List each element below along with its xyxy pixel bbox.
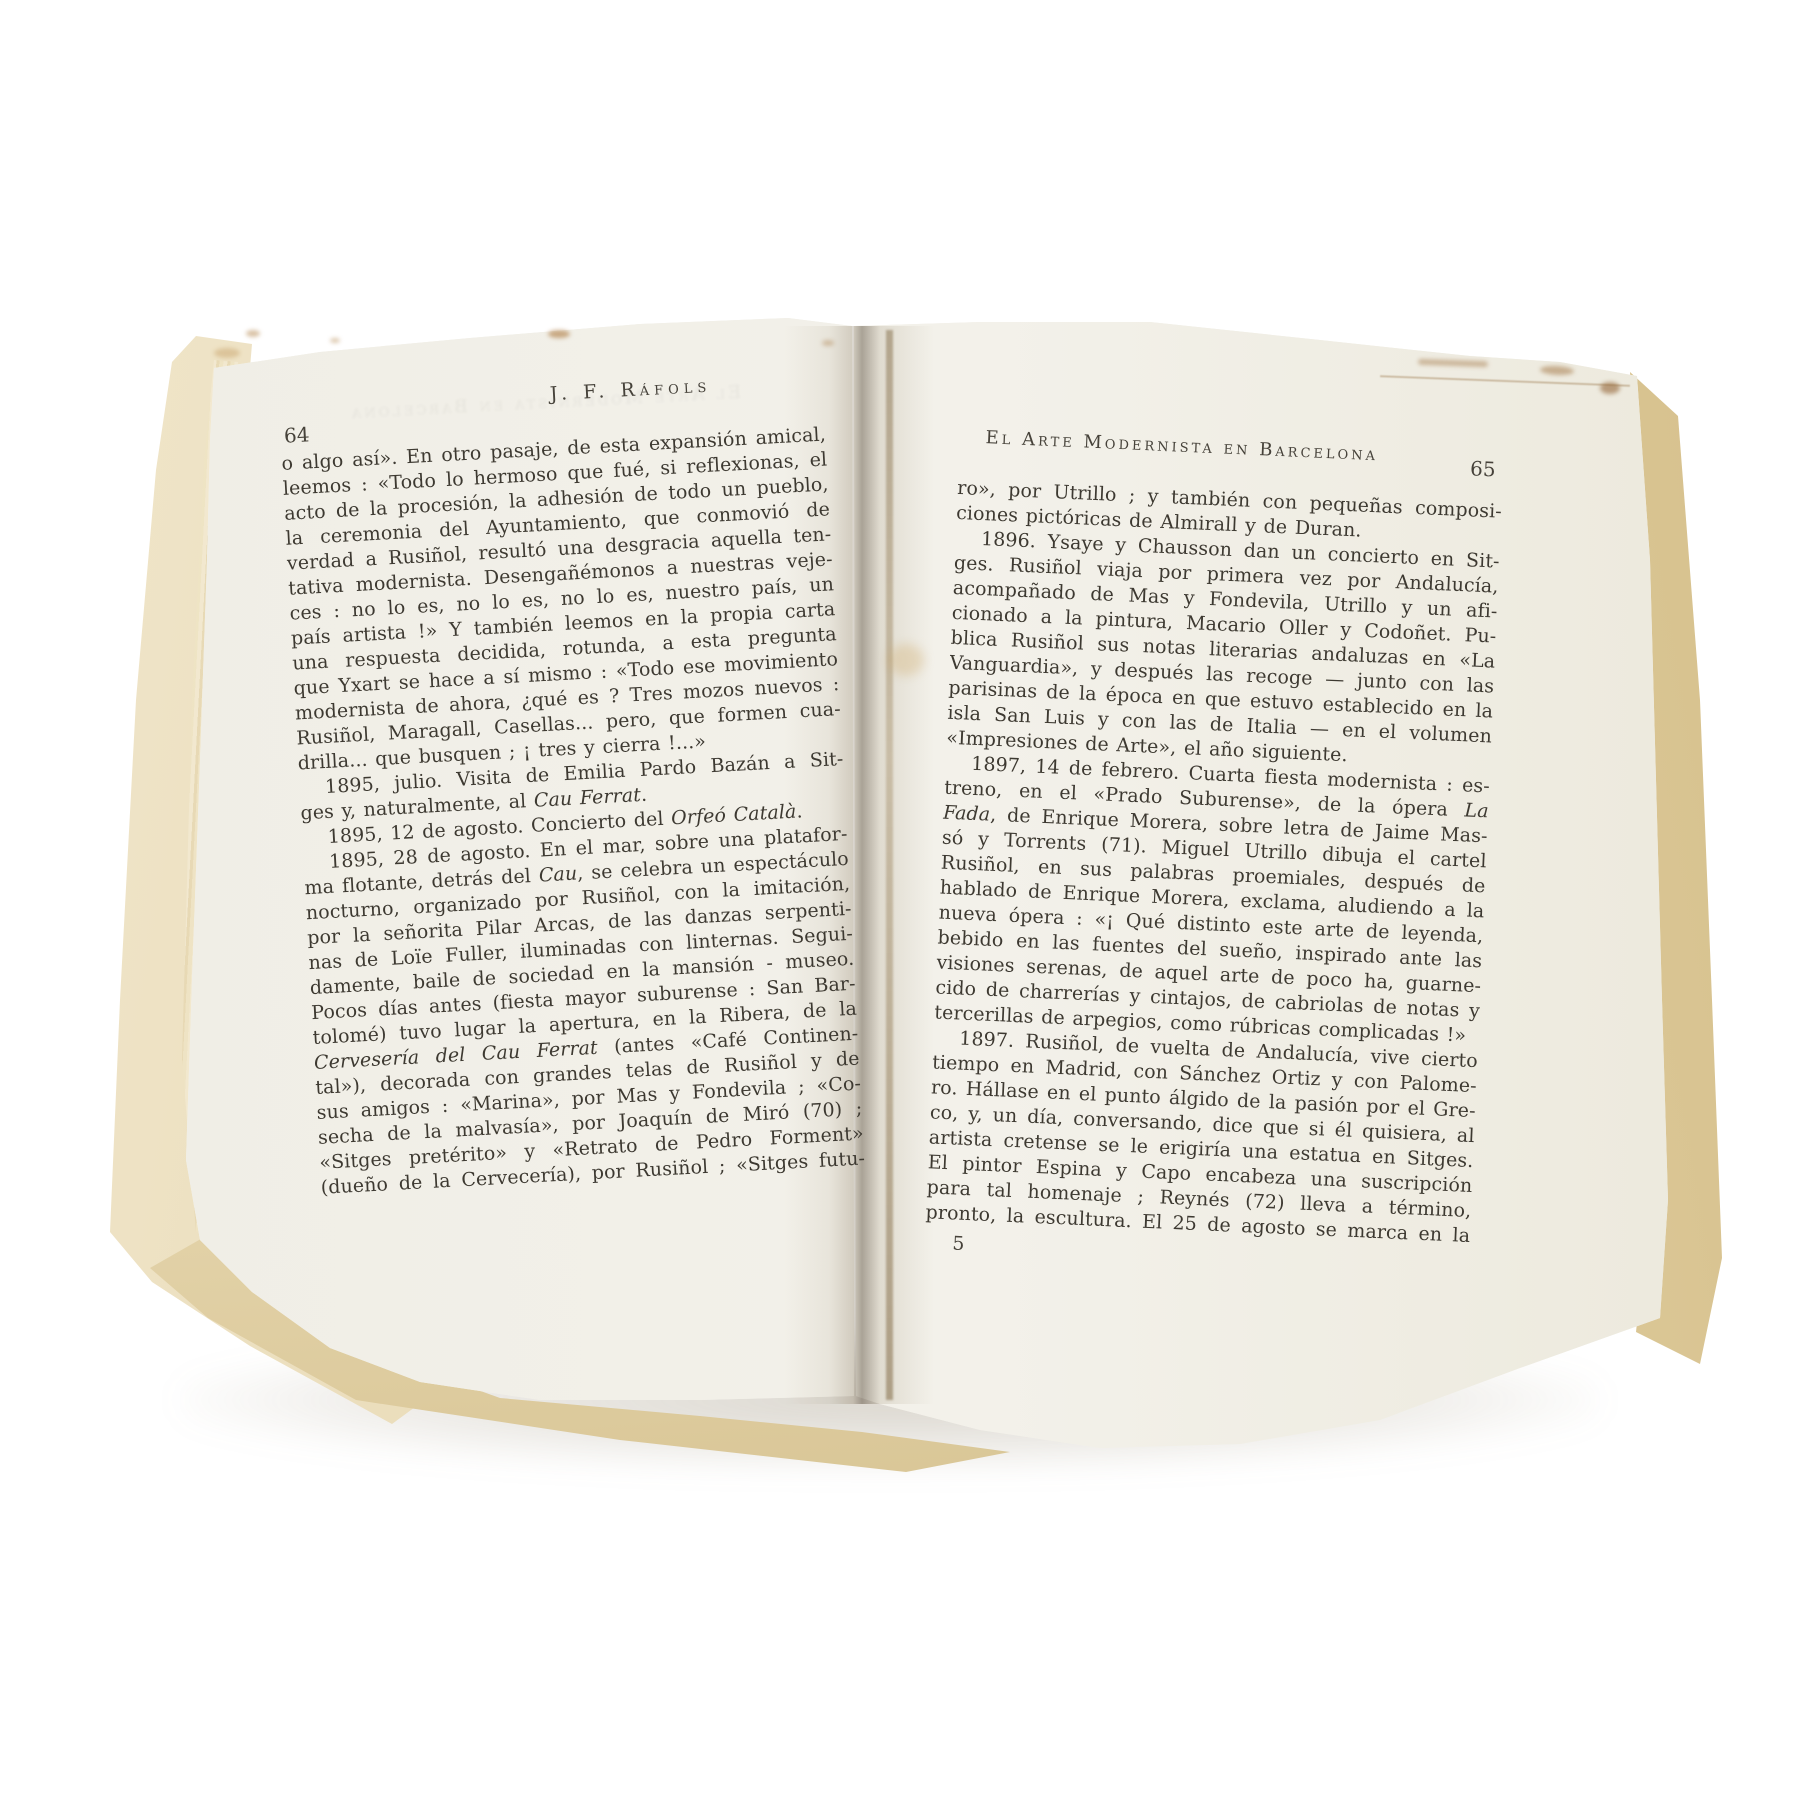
left-page-number: 64	[283, 422, 310, 447]
foxing-spot	[214, 348, 240, 358]
paper-stain	[888, 644, 924, 676]
foxing-spot	[246, 330, 260, 337]
left-page-body: o algo así». En otro pasaje, de esta exp…	[281, 422, 866, 1200]
right-page-text: El Arte Modernista en Barcelona 65 ro», …	[925, 426, 1504, 1249]
foxing-spot	[330, 338, 340, 343]
right-page-body: ro», por Utrillo ; y también con pequeña…	[925, 476, 1502, 1249]
left-page-text: 64 J. F. Ráfols o algo así». En otro pas…	[278, 369, 866, 1201]
photo-stage: El Arte Modernista en Barcelona 64 J. F.…	[0, 0, 1800, 1800]
signature-mark: 5	[952, 1232, 965, 1255]
foxing-spot	[548, 330, 570, 338]
right-page-number: 65	[1470, 456, 1496, 481]
foxing-spot	[822, 340, 834, 346]
